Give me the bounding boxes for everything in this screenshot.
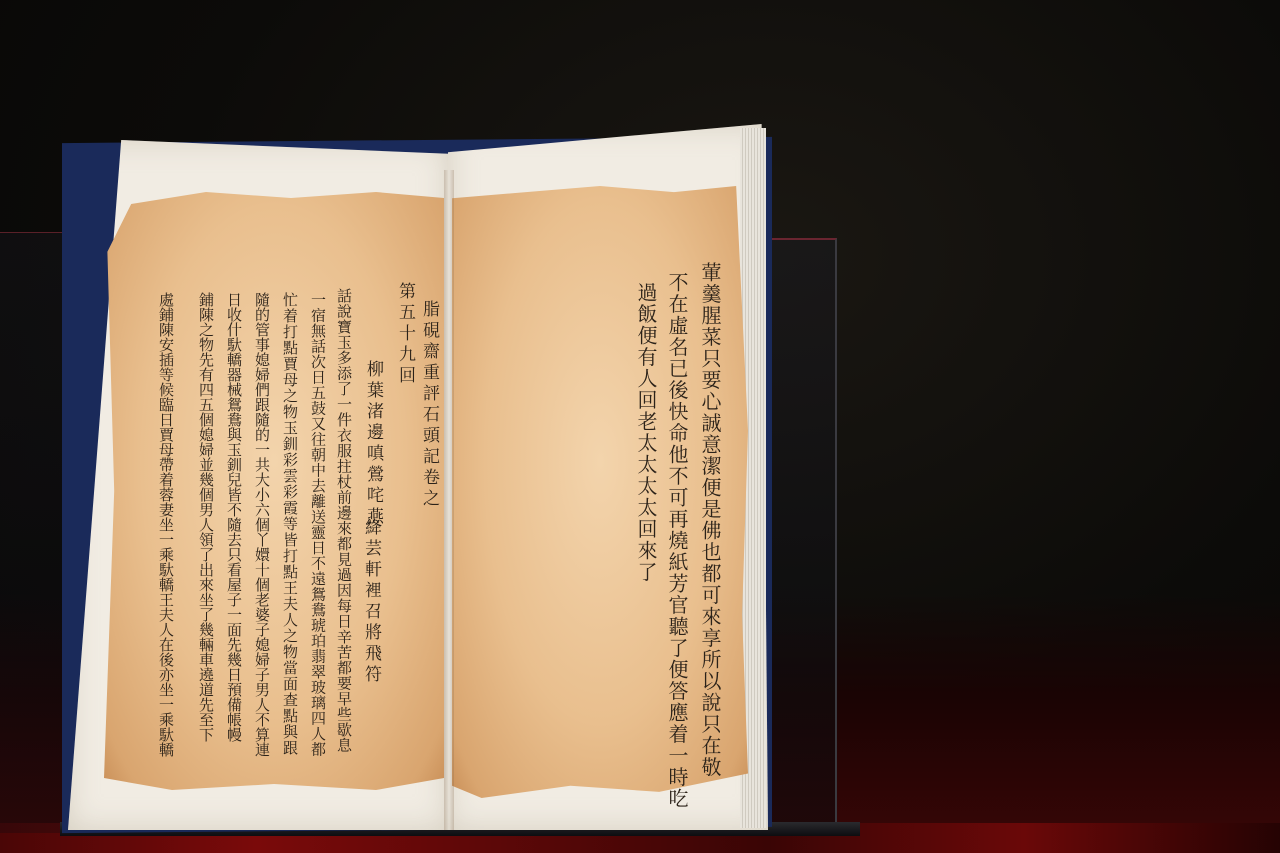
chapter-title-line1: 柳葉渚邊嗔鶯咤燕 — [364, 360, 381, 528]
left-aged-paper — [104, 192, 444, 790]
text-column: 忙着打點賈母之物玉釧彩雲彩霞等皆打點王夫人之物當面查點與跟 — [282, 292, 297, 772]
text-column: 過飯便有人回老太太太太回來了 — [636, 282, 656, 583]
text-column: 葷羹腥菜只要心誠意潔便是佛也都可來享所以說只在敬 — [700, 262, 720, 778]
text-column: 鋪陳之物先有四五個媳婦並幾個男人領了出來坐了幾輛車遶道先至下 — [198, 292, 213, 772]
text-column: 日收什馱轎器械鴛鴦與玉釧兒皆不隨去只看屋子一面先幾日預備帳幔 — [226, 292, 241, 772]
text-column: 一宿無話次日五鼓又往朝中去離送靈日不遠鴛鴦琥珀翡翠玻璃四人都 — [310, 292, 325, 772]
text-column: 話說寶玉多添了一件衣服拄杖前邊來都見過因每日辛苦都要早些歇息 — [336, 288, 351, 768]
book-gutter — [444, 170, 454, 830]
chapter-title-line2: 絳芸軒裡召將飛符 — [362, 518, 379, 686]
book-title: 脂硯齋重評石頭記卷之 — [420, 300, 437, 510]
text-column: 隨的管事媳婦們跟隨的一共大小六個丫嬛十個老婆子媳婦子男人不算連 — [254, 292, 269, 772]
text-column: 不在虛名已後快命他不可再燒紙芳官聽了便答應着一時吃 — [667, 272, 687, 810]
chapter-number: 第五十九回 — [396, 282, 413, 387]
text-column: 處鋪陳安插等候臨日賈母帶着蓉妻坐一乘馱轎王夫人在後亦坐一乘馱轎 — [158, 292, 173, 772]
